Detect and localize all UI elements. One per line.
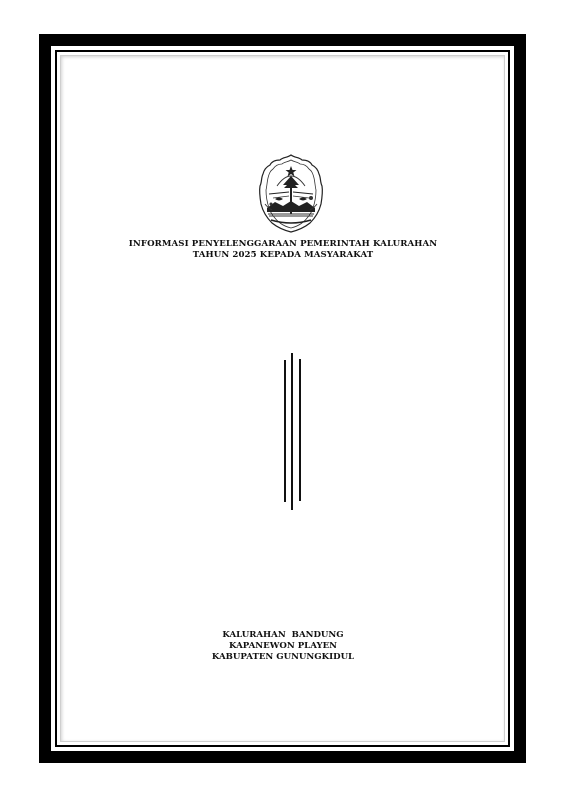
vertical-bar-middle <box>291 353 293 510</box>
vertical-bar-left <box>284 360 286 502</box>
decorative-vertical-bars <box>282 352 304 512</box>
footer-kapanewon: KAPANEWON PLAYEN <box>0 641 566 652</box>
footer-kabupaten: KABUPATEN GUNUNGKIDUL <box>0 652 566 663</box>
document-title-line-1: INFORMASI PENYELENGGARAAN PEMERINTAH KAL… <box>0 239 566 250</box>
document-title-line-2: TAHUN 2025 KEPADA MASYARAKAT <box>0 250 566 261</box>
vertical-bar-right <box>299 359 301 501</box>
coat-of-arms-emblem-icon <box>255 152 327 234</box>
footer-kalurahan: KALURAHAN BANDUNG <box>0 630 566 641</box>
